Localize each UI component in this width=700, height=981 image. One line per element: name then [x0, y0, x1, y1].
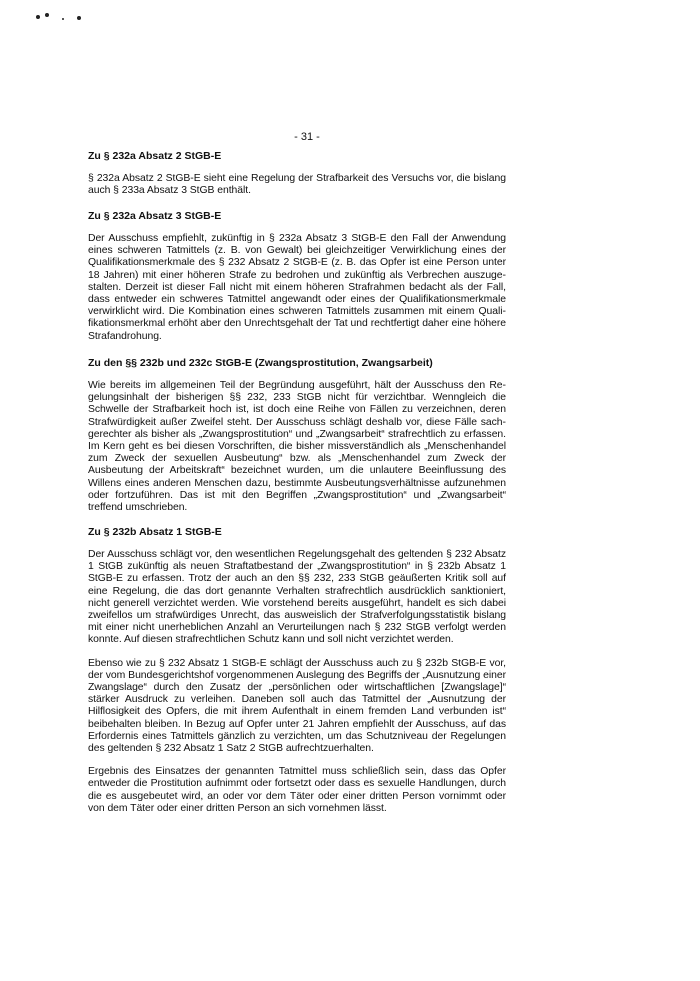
- section-232a-abs3: Zu § 232a Absatz 3 StGB-E Der Ausschuss …: [88, 210, 506, 343]
- scan-speck: [77, 16, 81, 20]
- scan-speck: [62, 18, 64, 20]
- section-232b-232c: Zu den §§ 232b und 232c StGB-E (Zwangspr…: [88, 357, 506, 514]
- section-heading: Zu § 232a Absatz 2 StGB-E: [88, 150, 506, 162]
- section-heading: Zu den §§ 232b und 232c StGB-E (Zwangspr…: [88, 357, 506, 369]
- section-heading: Zu § 232a Absatz 3 StGB-E: [88, 210, 506, 222]
- scan-speck: [45, 13, 49, 17]
- section-paragraph: Ergebnis des Einsatzes der genannten Tat…: [88, 766, 506, 815]
- section-paragraph: § 232a Absatz 2 StGB-E sieht eine Regelu…: [88, 173, 506, 197]
- section-232a-abs2: Zu § 232a Absatz 2 StGB-E § 232a Absatz …: [88, 150, 506, 197]
- scan-speck: [36, 15, 40, 19]
- section-paragraph: Der Ausschuss empfiehlt, zukünftig in § …: [88, 233, 506, 343]
- section-paragraph: Ebenso wie zu § 232 Absatz 1 StGB-E schl…: [88, 658, 506, 756]
- page-number: - 31 -: [88, 131, 506, 143]
- section-232b-abs1: Zu § 232b Absatz 1 StGB-E Der Ausschuss …: [88, 526, 506, 815]
- section-paragraph: Wie bereits im allgemeinen Teil der Begr…: [88, 380, 506, 514]
- section-heading: Zu § 232b Absatz 1 StGB-E: [88, 526, 506, 538]
- section-paragraph: Der Ausschuss schlägt vor, den wesentlic…: [88, 549, 506, 647]
